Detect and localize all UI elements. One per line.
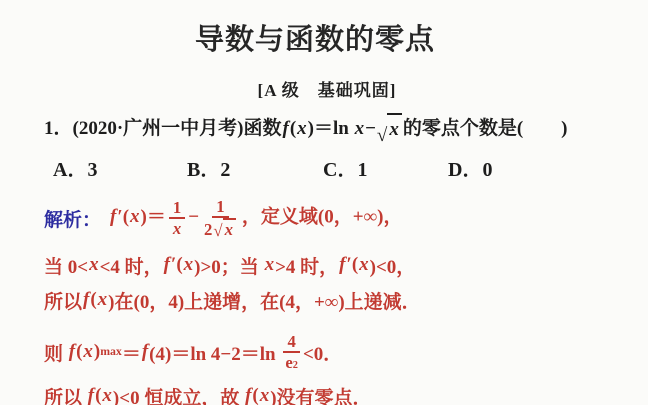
analysis-line-5: 所以 f(x)<0 恒成立，故 f(x)没有零点． <box>44 381 372 405</box>
analysis-line-1: 解析： f′(x)＝1x−12√x，定义域(0，+∞)， <box>44 194 402 242</box>
option-b: B．2 <box>187 153 230 182</box>
section-header: [A 级 基础巩固] <box>0 76 648 101</box>
option-d: D．0 <box>448 153 492 182</box>
analysis-line-3: 所以f(x)在(0，4)上递增，在(4，+∞)上递减． <box>44 286 421 314</box>
question-1-options: A．3 B．2 C．1 D．0 <box>0 153 648 181</box>
page-title: 导数与函数的零点 <box>0 17 630 58</box>
analysis-label: 解析： <box>44 205 101 232</box>
analysis-line-4: 则 f(x)max＝f(4)＝ln 4−2＝ln 4e2<0． <box>44 328 342 376</box>
question-1-text: 1．(2020·广州一中月考)函数f(x)＝ln x−√x的零点个数是( ) <box>44 112 624 146</box>
option-a: A．3 <box>53 153 97 182</box>
worksheet-page: 导数与函数的零点 [A 级 基础巩固] 1．(2020·广州一中月考)函数f(x… <box>0 0 648 405</box>
analysis-line-2: 当 0<x<4 时，f′(x)>0；当 x>4 时，f′(x)<0， <box>44 251 415 279</box>
analysis-line-1-math: f′(x)＝1x−12√x，定义域(0，+∞)， <box>109 197 402 239</box>
option-c: C．1 <box>323 153 367 182</box>
